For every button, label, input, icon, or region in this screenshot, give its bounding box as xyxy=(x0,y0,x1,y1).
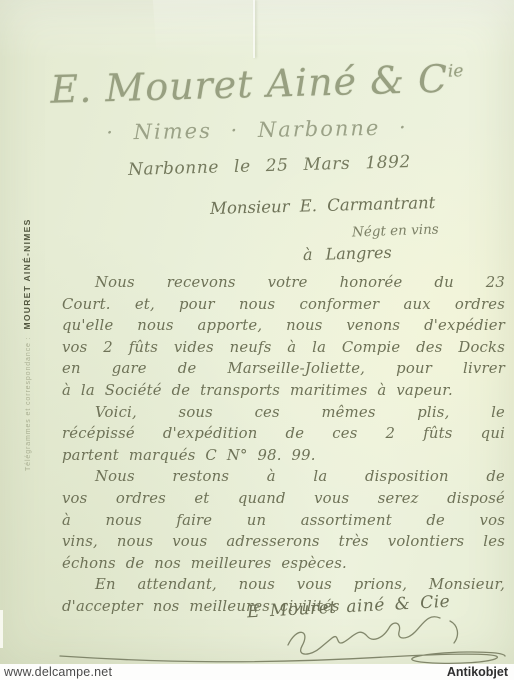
letter-line: Voici, sous ces mêmes plis, le xyxy=(62,402,505,424)
letter-line: à nous faire un assortiment de vos xyxy=(62,510,505,532)
side-print-note: Télégrammes et correspondance :MOURET AI… xyxy=(17,218,35,471)
letterhead-company: E. Mouret Ainé & Cie xyxy=(0,55,514,113)
watermark-strip: www.delcampe.net Antikobjet xyxy=(0,664,514,680)
letterhead-company-superscript: ie xyxy=(448,61,464,81)
letter-line: vos ordres et quand vous serez disposé xyxy=(62,488,505,510)
recipient-title: Négt en vins xyxy=(352,221,439,240)
side-print-company: MOURET AINÉ-NIMES xyxy=(22,218,32,329)
letter-line: partent marqués C N° 98. 99. xyxy=(62,445,505,467)
letterhead-company-main: E. Mouret Ainé & C xyxy=(50,57,449,112)
watermark-antikobjet: Antikobjet xyxy=(447,665,514,679)
watermark-delcampe: www.delcampe.net xyxy=(0,665,112,679)
recipient-city: à Langres xyxy=(303,243,392,264)
recipient-name: Monsieur E. Carmantrant xyxy=(210,193,436,218)
side-print-telegrams: Télégrammes et correspondance : xyxy=(25,336,32,471)
letterhead-cities: · Nimes · Narbonne · xyxy=(0,114,514,147)
letter-photo: Télégrammes et correspondance :MOURET AI… xyxy=(0,0,514,680)
letter-line: en gare de Marseille-Joliette, pour livr… xyxy=(62,358,505,380)
letter-line: vins, nous vous adresserons très volonti… xyxy=(62,531,505,553)
letter-line: Nous recevons votre honorée du 23 xyxy=(62,272,505,294)
letter-line: à la Société de transports maritimes à v… xyxy=(62,380,505,402)
letter-line: Nous restons à la disposition de xyxy=(62,466,505,488)
letter-line: Court. et, pour nous conformer aux ordre… xyxy=(62,294,505,316)
signature-flourish-icon xyxy=(55,616,510,666)
letter-paper: Télégrammes et correspondance :MOURET AI… xyxy=(0,0,514,664)
letter-line: récépissé d'expédition de ces 2 fûts qui xyxy=(62,423,505,445)
letter-line: échons de nos meilleures espèces. xyxy=(62,553,505,575)
letter-body: Nous recevons votre honorée du 23 Court.… xyxy=(62,272,505,618)
date-line: Narbonne le 25 Mars 1892 xyxy=(128,152,411,180)
scan-edge xyxy=(0,610,3,648)
letter-line: qu'elle nous apporte, nous venons d'expé… xyxy=(62,315,505,337)
letter-line: vos 2 fûts vides neufs à la Compie des D… xyxy=(62,337,505,359)
